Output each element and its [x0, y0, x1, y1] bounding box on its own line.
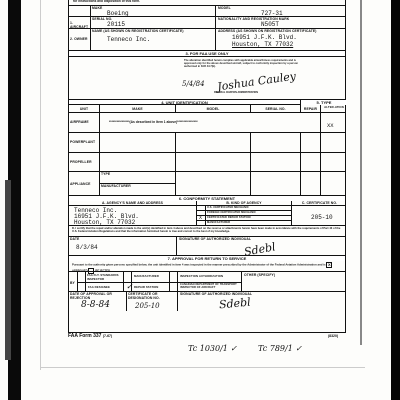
faa-approval-date: 5/4/84 — [182, 80, 205, 88]
aircraft-make: Boeing — [107, 10, 129, 17]
owner-row: 2. OWNER NAME (As shown on registration … — [69, 29, 345, 51]
unit-propeller-label: PROPELLER — [69, 153, 100, 171]
owner-address-label: ADDRESS (As shown on registration certif… — [218, 29, 316, 33]
owner-address-line1: 16951 J.F.K. Blvd. — [232, 34, 297, 41]
unit-airframe-label: AIRFRAME — [69, 113, 100, 132]
col-make: MAKE — [100, 105, 176, 112]
appliance-type-label: TYPE — [101, 172, 110, 176]
page-edge — [40, 367, 365, 368]
owner-name-label: NAME (As shown on registration certifica… — [92, 29, 184, 33]
faa-form-337: for instructions and disposition of this… — [68, 0, 346, 333]
other-specify-label: OTHER (Specify) — [244, 273, 275, 277]
approval-date-label: DATE OF APPROVAL OR REJECTION — [70, 292, 120, 300]
page-margin-line — [40, 0, 41, 370]
unit-id-section-label: 4. UNIT IDENTIFICATION — [69, 100, 300, 104]
aircraft-model: 727-31 — [261, 10, 283, 17]
conformity-data-row: Tenneco Inc. 16951 J.F.K. Blvd. Houston,… — [69, 206, 345, 226]
kind-foreign-mechanic: FOREIGN CERTIFICATED MECHANIC — [207, 211, 256, 215]
faa-use-row: 3. FOR FAA USE ONLY The alteration ident… — [69, 51, 345, 100]
unit-appliance-label: APPLIANCE — [69, 172, 100, 195]
conformity-date-label: DATE — [70, 237, 79, 241]
approval-statement-row: Pursuant to the authority given persons … — [69, 261, 345, 272]
scan-shadow-right — [391, 0, 400, 400]
aircraft-serial: 20115 — [107, 21, 125, 28]
airframe-alteration-mark: XX — [327, 122, 334, 129]
certificate-no: 205-10 — [311, 214, 333, 221]
unit-row-powerplant: POWERPLANT — [69, 133, 345, 153]
aircraft-row-2: 1. AIRCRAFT SERIAL NO. 20115 NATIONALITY… — [69, 17, 345, 29]
owner-section-label: 2. OWNER — [70, 37, 88, 41]
by-faa-designee: FAA DESIGNEE — [88, 285, 110, 289]
kind-us-mechanic: U.S. CERTIFICATED MECHANIC — [207, 206, 249, 210]
make-label: MAKE — [92, 6, 102, 10]
faa-stamp-text: FEDERAL AVIATION ADMINISTRATION — [214, 91, 258, 95]
page-margin-line — [360, 0, 362, 345]
col-alteration: ALTER-ATION — [321, 105, 347, 109]
approval-signature-row: DATE OF APPROVAL OR REJECTION 8-8-84 CER… — [69, 292, 345, 311]
form-code: (8320) — [328, 334, 338, 338]
col-repair: REPAIR — [301, 105, 321, 112]
owner-name: Tenneco Inc. — [107, 36, 150, 43]
unit-row-appliance: APPLIANCE TYPE MANUFACTURER — [69, 172, 345, 196]
certify-statement: D. I certify that the repair and/or alte… — [72, 227, 342, 233]
header-note: for instructions and disposition of this… — [73, 0, 140, 4]
airframe-description: ****************(As described in Item 1 … — [109, 121, 198, 125]
by-repair-station: REPAIR STATION — [134, 285, 158, 289]
by-canadian-inspector: CANADIAN DEPARTMENT OF TRANSPORT INSPECT… — [180, 283, 238, 289]
aircraft-registration: N505T — [261, 21, 279, 28]
owner-address-line2: Houston, TX 77032 — [232, 41, 293, 48]
kind-repair-station: CERTIFICATED REPAIR STATION — [207, 216, 251, 220]
faa-use-section-label: 3. FOR FAA USE ONLY — [69, 51, 345, 57]
certify-row: D. I certify that the repair and/or alte… — [69, 226, 345, 237]
approved-checkbox[interactable]: X — [326, 262, 332, 268]
col-serial: SERIAL NO. — [251, 105, 301, 112]
conformity-signature-label: SIGNATURE OF AUTHORIZED INDIVIDUAL — [179, 237, 251, 241]
agency-name-label: A. AGENCY'S NAME AND ADDRESS — [69, 201, 197, 205]
approval-signature: Sdebl — [218, 296, 251, 312]
approval-by-row: BY FAA FLT. STANDARDS INSPECTOR MANUFACT… — [69, 272, 345, 292]
faa-approval-statement: The alteration identified herein complie… — [184, 59, 299, 69]
model-label: MODEL — [218, 6, 231, 10]
approval-cert-label: CERTIFICATE OR DESIGNATION NO. — [128, 292, 173, 300]
appliance-manufacturer-label: MANUFACTURER — [101, 184, 131, 188]
col-unit: UNIT — [69, 105, 100, 112]
conformity-date: 8/3/84 — [76, 244, 98, 251]
handwritten-note-2: Tc 789/1 ✓ — [258, 344, 302, 353]
kind-manufacturer: MANUFACTURER — [207, 221, 230, 225]
certificate-no-label: C. CERTIFICATE NO. — [292, 201, 347, 205]
conformity-signature-row: DATE 8/3/84 SIGNATURE OF AUTHORIZED INDI… — [69, 237, 345, 256]
form-name-footer: FAA Form 337 (7-67) — [68, 333, 112, 339]
unit-id-columns-row: UNIT MAKE MODEL SERIAL NO. REPAIR ALTER-… — [69, 105, 345, 113]
approval-date: 8-8-84 — [81, 300, 110, 310]
unit-row-airframe: AIRFRAME ****************(As described i… — [69, 113, 345, 133]
scan-shadow-left — [8, 0, 21, 400]
col-model: MODEL — [176, 105, 251, 112]
agency-kind-label: B. KIND OF AGENCY — [197, 201, 292, 205]
approval-cert-no: 205-10 — [135, 302, 160, 310]
agency-line3: Houston, TX 77032 — [74, 219, 135, 226]
unit-row-propeller: PROPELLER — [69, 153, 345, 172]
by-label: BY — [69, 272, 78, 291]
unit-powerplant-label: POWERPLANT — [69, 133, 100, 152]
aircraft-row-1: MAKE Boeing MODEL 727-31 — [69, 6, 345, 17]
faa-approval-signature: Joshua Cauley — [216, 70, 296, 94]
handwritten-note-1: Tc 1030/1 ✓ — [188, 344, 237, 353]
by-repair-station-mark: ✓ — [126, 282, 133, 291]
